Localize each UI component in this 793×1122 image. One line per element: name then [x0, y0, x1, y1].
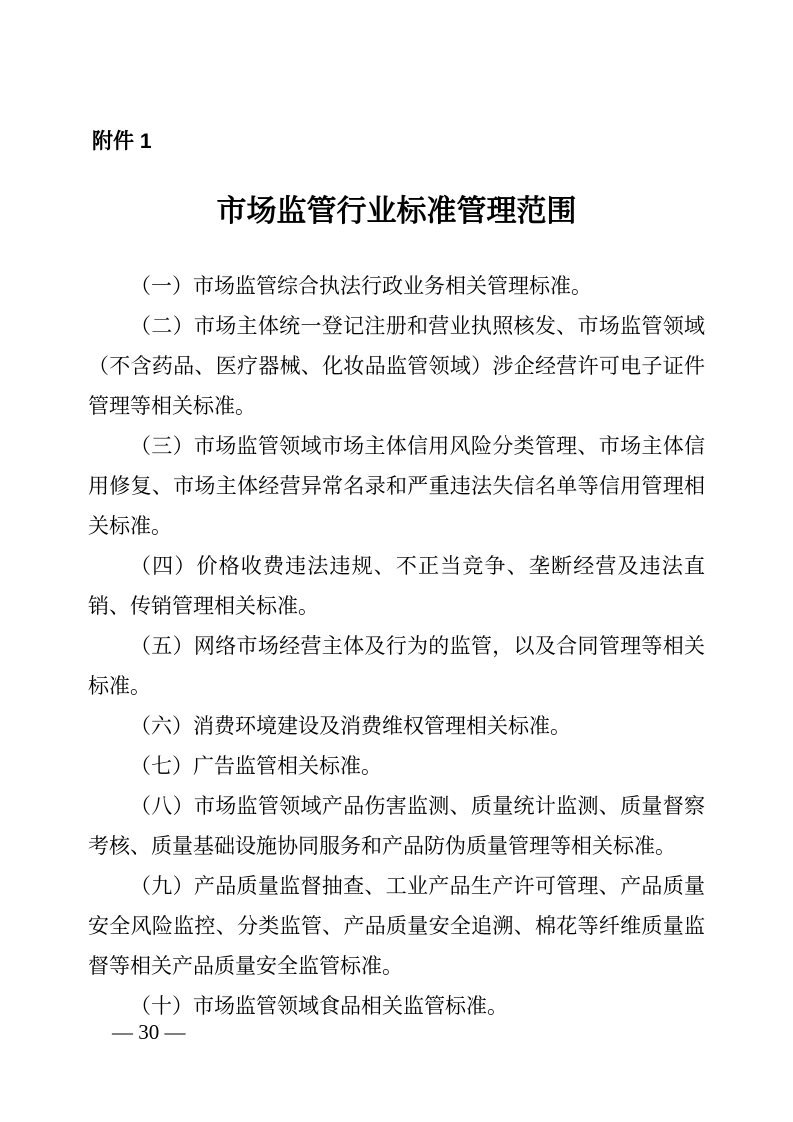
paragraph: （五）网络市场经营主体及行为的监管，以及合同管理等相关标准。 [88, 626, 705, 706]
document-title: 市场监管行业标准管理范围 [0, 192, 793, 232]
paragraph: （八）市场监管领域产品伤害监测、质量统计监测、质量督察考核、质量基础设施协同服务… [88, 786, 705, 866]
paragraph: （三）市场监管领域市场主体信用风险分类管理、市场主体信用修复、市场主体经营异常名… [88, 426, 705, 546]
document-page: 附件 1 市场监管行业标准管理范围 （一）市场监管综合执法行政业务相关管理标准。… [0, 0, 793, 1122]
document-body: （一）市场监管综合执法行政业务相关管理标准。（二）市场主体统一登记注册和营业执照… [88, 266, 705, 1026]
paragraph: （六）消费环境建设及消费维权管理相关标准。 [88, 706, 705, 746]
paragraph: （七）广告监管相关标准。 [88, 746, 705, 786]
paragraph: （一）市场监管综合执法行政业务相关管理标准。 [88, 266, 705, 306]
page-number: — 30 — [112, 1012, 186, 1052]
paragraph: （四）价格收费违法违规、不正当竞争、垄断经营及违法直销、传销管理相关标准。 [88, 546, 705, 626]
paragraph: （二）市场主体统一登记注册和营业执照核发、市场监管领域（不含药品、医疗器械、化妆… [88, 306, 705, 426]
attachment-label: 附件 1 [92, 130, 152, 154]
paragraph: （九）产品质量监督抽查、工业产品生产许可管理、产品质量安全风险监控、分类监管、产… [88, 866, 705, 986]
